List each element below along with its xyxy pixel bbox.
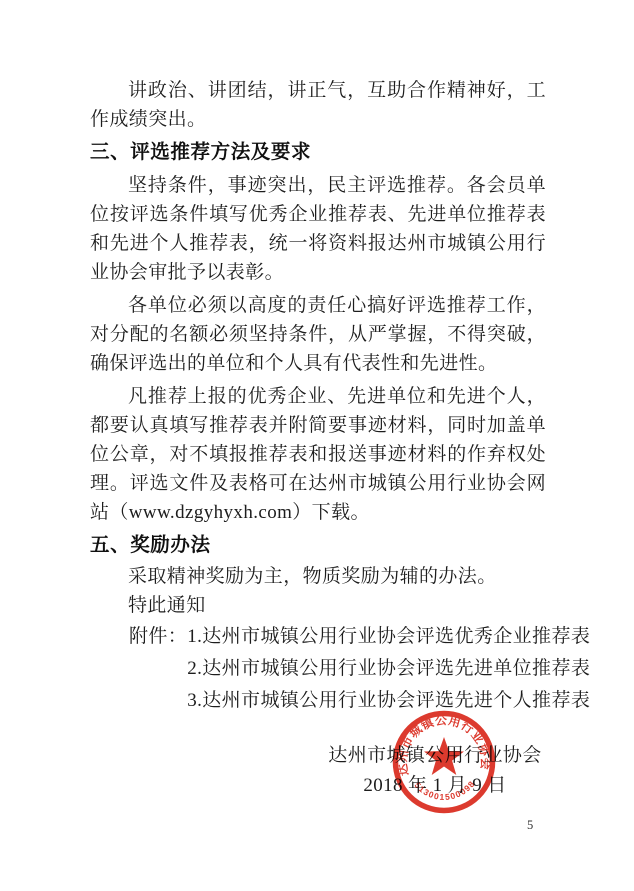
attachment-item-2: 2.达州市城镇公用行业协会评选先进单位推荐表 [187, 653, 590, 685]
paragraph-notice: 特此通知 [90, 591, 546, 620]
signature-block: 达州市城镇公用行业协会 2018 年 1 月 9 日 [324, 741, 546, 801]
document-page: 讲政治、讲团结，讲正气，互助合作精神好，工作成绩突出。 三、评选推荐方法及要求 … [0, 0, 634, 891]
paragraph-reward: 采取精神奖励为主，物质奖励为辅的办法。 [90, 562, 546, 591]
paragraph-method-2: 各单位必须以高度的责任心搞好评选推荐工作，对分配的名额必须坚持条件，从严掌握，不… [90, 291, 546, 378]
page-number: 5 [527, 818, 533, 833]
attachment-item-1: 1.达州市城镇公用行业协会评选优秀企业推荐表 [187, 621, 590, 653]
signature-organization: 达州市城镇公用行业协会 [324, 741, 546, 771]
attachment-item-3: 3.达州市城镇公用行业协会评选先进个人推荐表 [187, 685, 590, 717]
signature-date: 2018 年 1 月 9 日 [324, 771, 546, 801]
attachments-label: 附件： [129, 621, 187, 717]
paragraph-method-3: 凡推荐上报的优秀企业、先进单位和先进个人，都要认真填写推荐表并附简要事迹材料，同… [90, 382, 546, 527]
paragraph-intro: 讲政治、讲团结，讲正气，互助合作精神好，工作成绩突出。 [90, 76, 546, 134]
paragraph-method-1: 坚持条件，事迹突出，民主评选推荐。各会员单位按评选条件填写优秀企业推荐表、先进单… [90, 171, 546, 287]
attachments-block: 附件： 1.达州市城镇公用行业协会评选优秀企业推荐表 2.达州市城镇公用行业协会… [90, 621, 546, 717]
attachments-list: 1.达州市城镇公用行业协会评选优秀企业推荐表 2.达州市城镇公用行业协会评选先进… [187, 621, 590, 717]
section-heading-5: 五、奖励办法 [90, 531, 546, 560]
document-body: 讲政治、讲团结，讲正气，互助合作精神好，工作成绩突出。 三、评选推荐方法及要求 … [90, 76, 546, 801]
section-heading-3: 三、评选推荐方法及要求 [90, 138, 546, 167]
